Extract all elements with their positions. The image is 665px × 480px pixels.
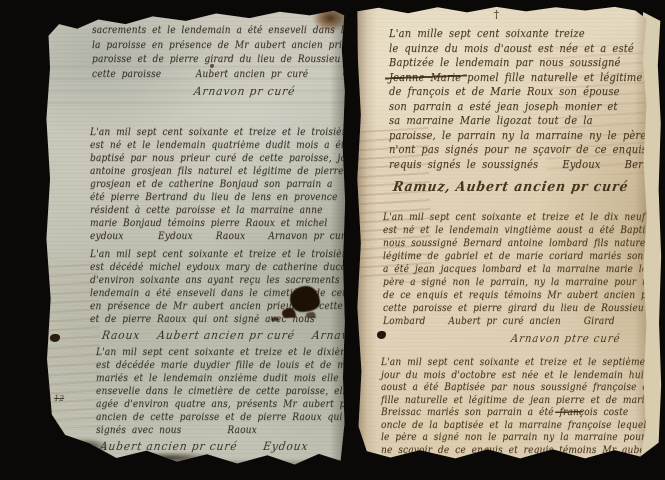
manuscript-line: aoust a été Baptisée par nous soussigné … — [381, 382, 650, 395]
manuscript-line: fille naturelle et légitime de jean pier… — [381, 395, 650, 408]
manuscript-line: est né et le lendemain vingtième aoust a… — [383, 224, 650, 237]
manuscript-line: L'an mil sept cent soixante et treize et… — [90, 126, 346, 139]
cross-mark: † — [494, 8, 500, 21]
manuscript-line: oncle de la baptisée et la marraine fran… — [381, 420, 650, 433]
manuscript-line: nous soussigné Bernard antoine lombard f… — [383, 237, 650, 250]
signature-line: Ramuz, Aubert ancien pr curé — [392, 179, 630, 195]
manuscript-line: de françois et de Marie Roux son épouse — [389, 85, 650, 100]
record-block: L'an mil sept cent soixante et treize et… — [383, 211, 650, 328]
manuscript-line: grosjean et de catherine Bonjaud son par… — [90, 178, 346, 191]
manuscript-line: sacrements et le lendemain a été ensevel… — [92, 24, 346, 39]
manuscript-line: et de pierre Raoux qui ont signé avec no… — [90, 313, 346, 326]
manuscript-line: L'an mille sept cent soixante treize — [389, 27, 650, 42]
manuscript-line: a été jean jacques lombard et la marrain… — [383, 263, 650, 276]
manuscript-line: signés avec nous Raoux — [96, 424, 346, 437]
ink-speck — [377, 331, 386, 339]
manuscript-line: cette paroisse et pierre girard du lieu … — [383, 302, 650, 315]
manuscript-line: est décédée marie duydier fille de louis… — [96, 359, 346, 372]
manuscript-line: ne sçavoir de ce enquis et requis témoin… — [381, 445, 650, 458]
manuscript-line: paroisse, le parrain ny la marraine ny l… — [389, 129, 650, 144]
signature-line: Aubert ancien pr curé Eydoux — [99, 439, 309, 453]
record-block: L'an mille sept cent soixante treizele q… — [389, 27, 650, 172]
manuscript-line: ancien de cette paroisse et de pierre Ra… — [96, 411, 346, 424]
manuscript-line: la paroisse en présence de Mr aubert anc… — [92, 39, 346, 54]
manuscript-line: est né et le lendemain quatrième dudit m… — [90, 139, 346, 152]
manuscript-line: d'environ soixante ans ayant reçu les sa… — [90, 274, 346, 287]
burn-stain — [58, 438, 110, 456]
manuscript-line: paroisse et de pierre girard du lieu de … — [92, 53, 346, 68]
scan-backdrop: sacrements et le lendemain a été ensevel… — [0, 0, 665, 480]
manuscript-line: requis signés le soussignés Eydoux Berna… — [389, 158, 650, 173]
manuscript-line: L'an mil sept cent soixante et treize et… — [381, 357, 650, 370]
manuscript-line: antoine grosjean fils naturel et légitim… — [90, 165, 346, 178]
record-block: L'an mil sept cent soixante et treize et… — [90, 126, 346, 243]
manuscript-line: baptisé par nous prieur curé de cette pa… — [90, 152, 346, 165]
manuscript-line: est décédé michel eydoux mary de catheri… — [90, 261, 346, 274]
manuscript-line: résident à cette paroisse et la marraine… — [90, 204, 346, 217]
manuscript-line: été pierre Bertrand du lieu de lens en p… — [90, 191, 346, 204]
manuscript-line: n'ont pas signés pour ne sçavoir de ce e… — [389, 143, 650, 158]
manuscript-line: agée d'environ quatre ans, présents Mr a… — [96, 398, 346, 411]
manuscript-line: L'an mil sept cent soixante et treize et… — [96, 346, 346, 359]
strikethrough-mark — [555, 409, 583, 416]
record-block: L'an mil sept cent soixante et treize et… — [96, 346, 346, 437]
manuscript-line: eydoux Eydoux Raoux Arnavon pr curé — [90, 230, 346, 243]
marginal-note: 12 — [54, 394, 64, 403]
record-block: L'an mil sept cent soixante et treize et… — [381, 357, 650, 457]
manuscript-line: père a signé non le parrain, ny la marra… — [383, 276, 650, 289]
signature-line: Arnavon ptre curé — [510, 332, 621, 345]
manuscript-line: ensevelie dans le cimetière de cette par… — [96, 385, 346, 398]
manuscript-line: le père a signé non le parrain ny la mar… — [381, 432, 650, 445]
manuscript-line: L'an mil sept cent soixante et treize et… — [90, 248, 346, 261]
manuscript-line: Lombard Aubert pr curé ancien Girard — [383, 315, 650, 328]
manuscript-line: marie Bonjaud témoins pierre Raoux et mi… — [90, 217, 346, 230]
manuscript-line: Baptizée le lendemain par nous soussigné — [389, 56, 650, 71]
left-page: sacrements et le lendemain a été ensevel… — [44, 8, 346, 470]
manuscript-line: de ce enquis et requis témoins Mr aubert… — [383, 289, 650, 302]
right-page: † L'an mille sept cent soixante treizele… — [355, 5, 650, 463]
manuscript-line: mariés et le lendemain onzième dudit moi… — [96, 372, 346, 385]
signature-line: Raoux Aubert ancien pr curé Arnavon pr c… — [101, 328, 346, 342]
manuscript-line: cette paroisse Aubert ancien pr curé Gir… — [92, 68, 346, 83]
burnt-edge — [44, 458, 346, 470]
manuscript-line: sa marraine Marie ligozat tout de la — [389, 114, 650, 129]
manuscript-line: jour du mois d'octobre est née et le len… — [381, 370, 650, 383]
signature-line: Arnavon pr curé — [193, 84, 296, 98]
record-block: sacrements et le lendemain a été ensevel… — [92, 24, 346, 82]
ink-blot — [290, 286, 320, 312]
manuscript-line: légitime de gabriel et de marie coriard … — [383, 250, 650, 263]
manuscript-line: son parrain a esté jean joseph monier et — [389, 100, 650, 115]
manuscript-line: le quinze du mois d'aoust est née et a e… — [389, 42, 650, 57]
manuscript-line: L'an mil sept cent soixante et treize et… — [383, 211, 650, 224]
manuscript-line: Breissac mariés son parrain a été franço… — [381, 407, 650, 420]
